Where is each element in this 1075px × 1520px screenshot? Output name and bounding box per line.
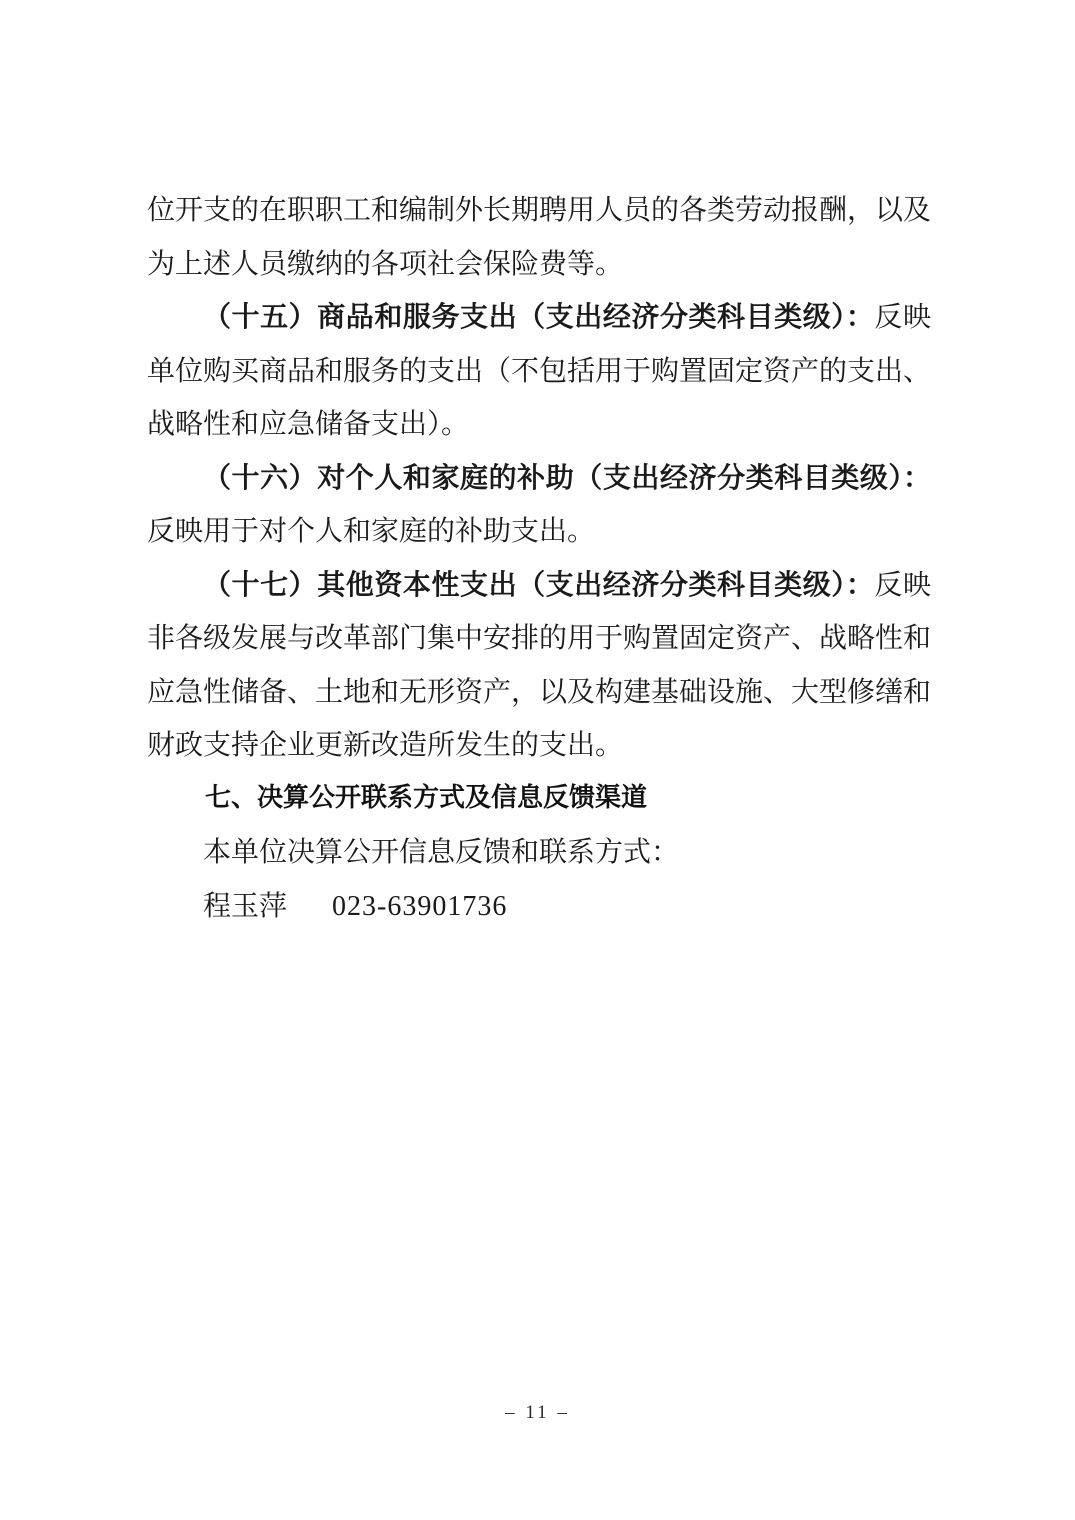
page-number: – 11 –: [0, 1402, 1075, 1424]
text-segment: 位开支的在职职工和编制外长期聘用人员的各类劳动报酬，以及为上述人员缴纳的各项社会…: [147, 193, 931, 280]
text-segment: （十五）商品和服务支出（支出经济分类科目类级）：: [203, 300, 874, 333]
document-page: 位开支的在职职工和编制外长期聘用人员的各类劳动报酬，以及为上述人员缴纳的各项社会…: [0, 0, 1075, 1520]
para-contact-intro: 本单位决算公开信息反馈和联系方式：: [147, 825, 931, 879]
text-segment: （十七）其他资本性支出（支出经济分类科目类级）：: [203, 568, 874, 601]
section-heading-7: 七、决算公开联系方式及信息反馈渠道: [147, 772, 931, 826]
para-item-16: （十六）对个人和家庭的补助（支出经济分类科目类级）：反映用于对个人和家庭的补助支…: [147, 451, 931, 558]
text-segment: 七、决算公开联系方式及信息反馈渠道: [205, 783, 647, 813]
text-segment: 本单位决算公开信息反馈和联系方式：: [203, 835, 679, 868]
text-segment: 反映用于对个人和家庭的补助支出。: [147, 514, 595, 547]
para-item-17: （十七）其他资本性支出（支出经济分类科目类级）：反映非各级发展与改革部门集中安排…: [147, 558, 931, 772]
para-continuation: 位开支的在职职工和编制外长期聘用人员的各类劳动报酬，以及为上述人员缴纳的各项社会…: [147, 183, 931, 290]
document-body: 位开支的在职职工和编制外长期聘用人员的各类劳动报酬，以及为上述人员缴纳的各项社会…: [147, 183, 931, 933]
para-contact-info: 程玉萍023-63901736: [147, 879, 931, 934]
para-item-15: （十五）商品和服务支出（支出经济分类科目类级）：反映单位购买商品和服务的支出（不…: [147, 290, 931, 451]
text-segment: （十六）对个人和家庭的补助（支出经济分类科目类级）：: [203, 461, 931, 494]
contact-name: 程玉萍: [203, 889, 287, 922]
contact-phone: 023-63901736: [332, 891, 507, 922]
